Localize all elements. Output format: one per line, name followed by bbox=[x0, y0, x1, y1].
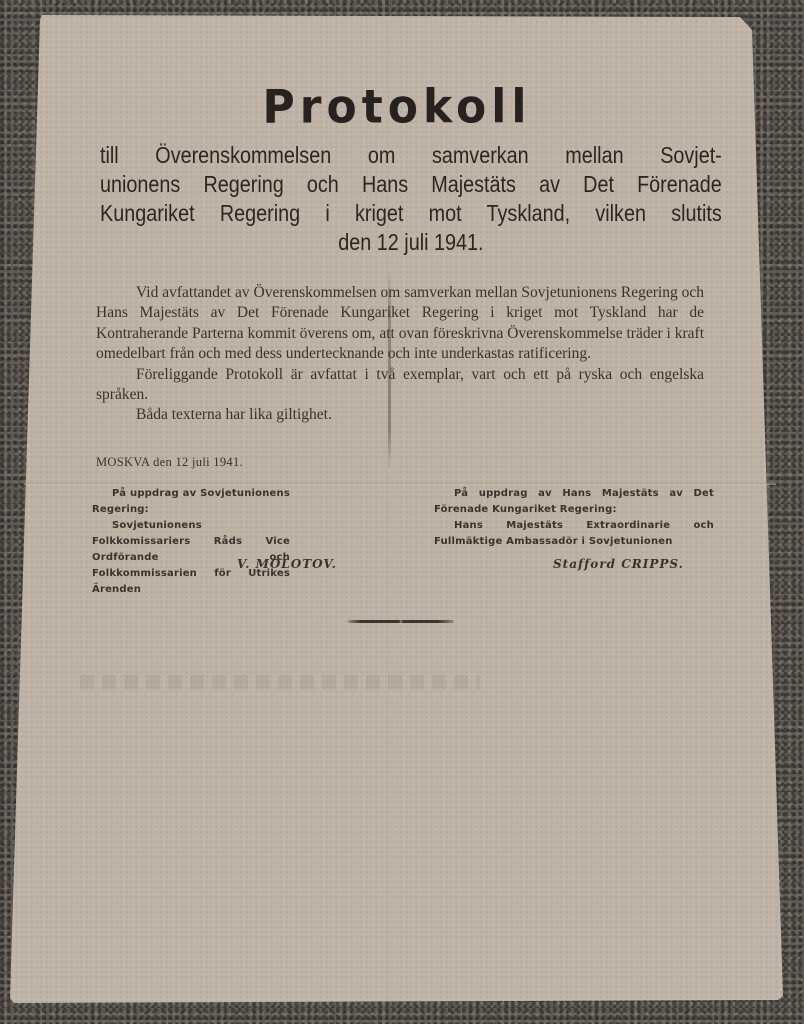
horizontal-fold-line bbox=[24, 483, 776, 485]
signatory-name-molotov: V. MOLOTOV. bbox=[237, 557, 337, 571]
signatory-mandate: På uppdrag av Hans Majestäts av Det Före… bbox=[434, 486, 714, 518]
document-body: Vid avfattandet av Överenskommelsen om s… bbox=[96, 283, 704, 426]
signatory-office: Hans Majestäts Extraordinarie och Fullmä… bbox=[434, 518, 714, 550]
paragraph: Vid avfattandet av Överenskommelsen om s… bbox=[96, 283, 704, 365]
place-and-date: MOSKVA den 12 juli 1941. bbox=[96, 455, 243, 470]
subtitle-line: Kungariket Regering i kriget mot Tysklan… bbox=[100, 199, 722, 228]
subtitle-line: unionens Regering och Hans Majestäts av … bbox=[100, 170, 722, 199]
subtitle-line: den 12 juli 1941. bbox=[100, 228, 722, 257]
paragraph: Båda texterna har lika giltighet. bbox=[96, 405, 704, 425]
paragraph: Föreliggande Protokoll är avfattat i två… bbox=[96, 365, 704, 406]
signatory-mandate: På uppdrag av Sovjetunionens Regering: bbox=[92, 486, 290, 518]
document-title: Protokoll bbox=[0, 81, 799, 135]
ornamental-rule bbox=[348, 620, 454, 623]
signatory-block-uk: På uppdrag av Hans Majestäts av Det Före… bbox=[434, 486, 714, 550]
signatory-name-cripps: Stafford CRIPPS. bbox=[553, 557, 684, 571]
reverse-side-show-through bbox=[80, 675, 480, 689]
document-subtitle: till Överenskommelsen om samverkan mella… bbox=[100, 141, 722, 257]
subtitle-line: till Överenskommelsen om samverkan mella… bbox=[100, 141, 722, 170]
signatory-block-soviet: På uppdrag av Sovjetunionens Regering: S… bbox=[92, 486, 290, 598]
